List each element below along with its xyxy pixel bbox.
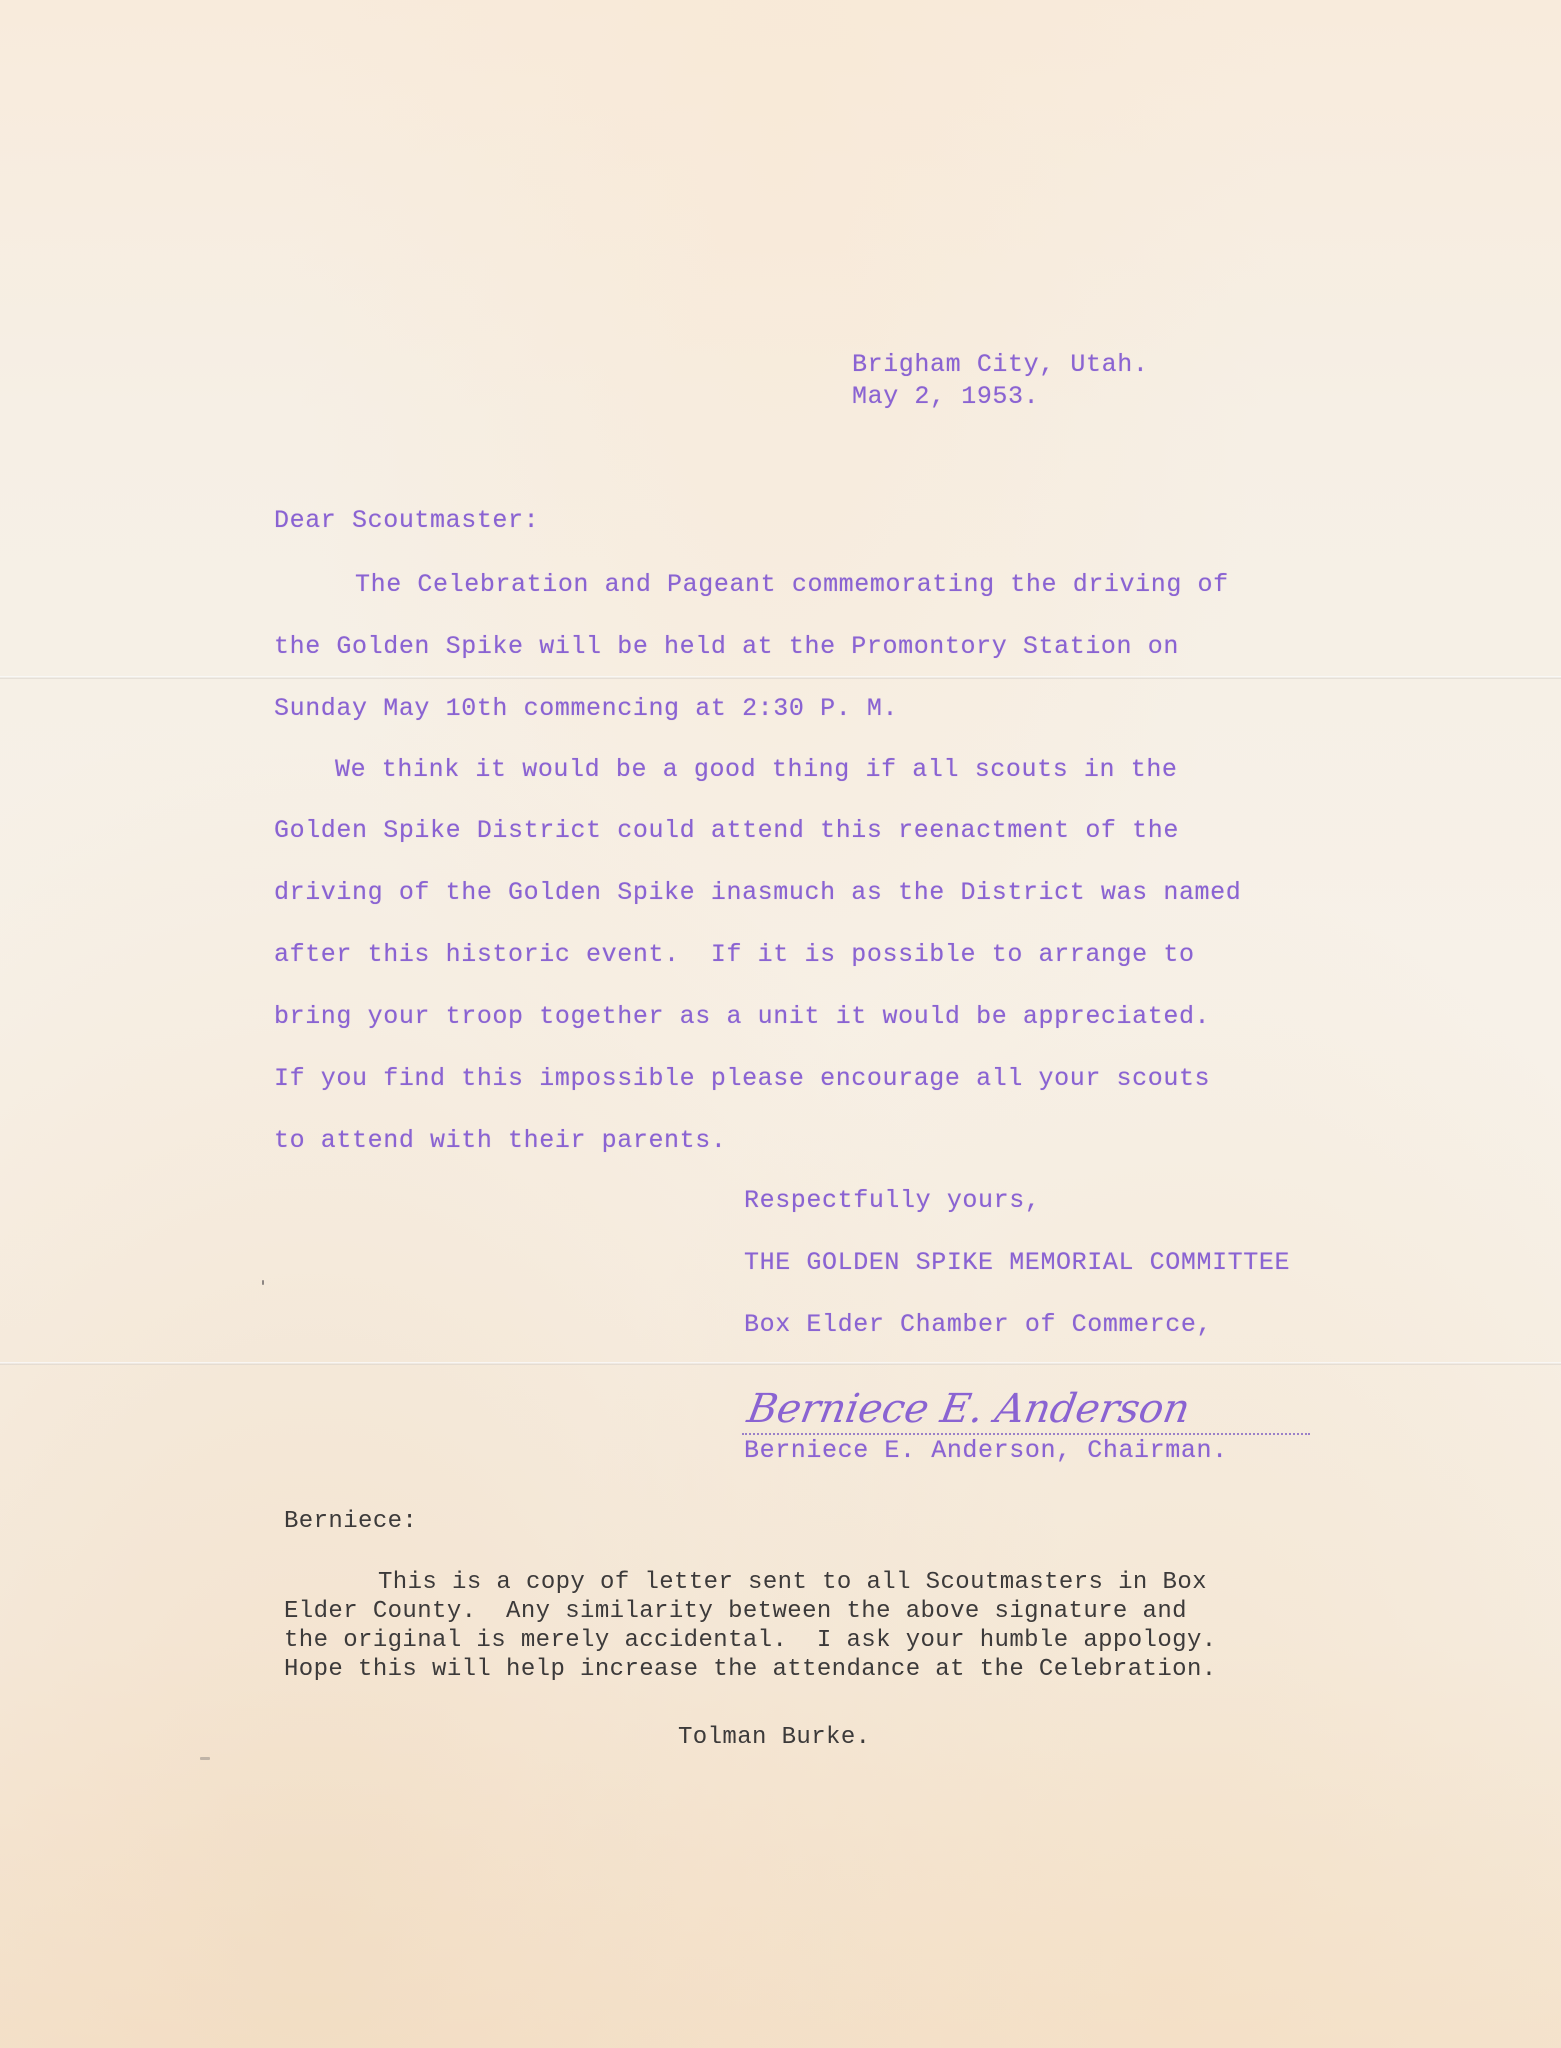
postscript-salutation: Berniece: [284, 1510, 417, 1534]
letter-body-line: Golden Spike District could attend this … [274, 818, 1179, 843]
fold-crease-lower [0, 1362, 1561, 1365]
fold-crease-upper [0, 676, 1561, 679]
letter-body-line: The Celebration and Pageant commemoratin… [355, 572, 1229, 597]
letter-body-line: We think it would be a good thing if all… [335, 757, 1178, 782]
postscript-signoff: Tolman Burke. [678, 1726, 870, 1750]
letter-organization-sub: Box Elder Chamber of Commerce, [744, 1312, 1212, 1337]
postscript-line: Elder County. Any similarity between the… [284, 1600, 1187, 1624]
handwritten-signature: Berniece E. Anderson [744, 1386, 1193, 1432]
paper-speck [200, 1757, 210, 1760]
letter-body-line: the Golden Spike will be held at the Pro… [274, 634, 1179, 659]
letter-body-line: Sunday May 10th commencing at 2:30 P. M. [274, 696, 898, 721]
letter-salutation: Dear Scoutmaster: [274, 508, 539, 533]
letter-body-line: If you find this impossible please encou… [274, 1066, 1210, 1091]
typed-signature: Berniece E. Anderson, Chairman. [744, 1438, 1228, 1463]
letter-location: Brigham City, Utah. [852, 352, 1148, 377]
postscript-line: This is a copy of letter sent to all Sco… [378, 1571, 1207, 1595]
letter-body-line: to attend with their parents. [274, 1128, 726, 1153]
letter-body-line: driving of the Golden Spike inasmuch as … [274, 880, 1241, 905]
postscript-line: Hope this will help increase the attenda… [284, 1658, 1217, 1682]
letter-body-line: after this historic event. If it is poss… [274, 942, 1195, 967]
signature-line [742, 1433, 1310, 1435]
letter-date: May 2, 1953. [852, 384, 1039, 409]
paper-speck [262, 1280, 264, 1285]
letter-closing: Respectfully yours, [744, 1188, 1040, 1213]
postscript-line: the original is merely accidental. I ask… [284, 1629, 1217, 1653]
letter-body-line: bring your troop together as a unit it w… [274, 1004, 1210, 1029]
letter-organization: THE GOLDEN SPIKE MEMORIAL COMMITTEE [744, 1250, 1290, 1275]
